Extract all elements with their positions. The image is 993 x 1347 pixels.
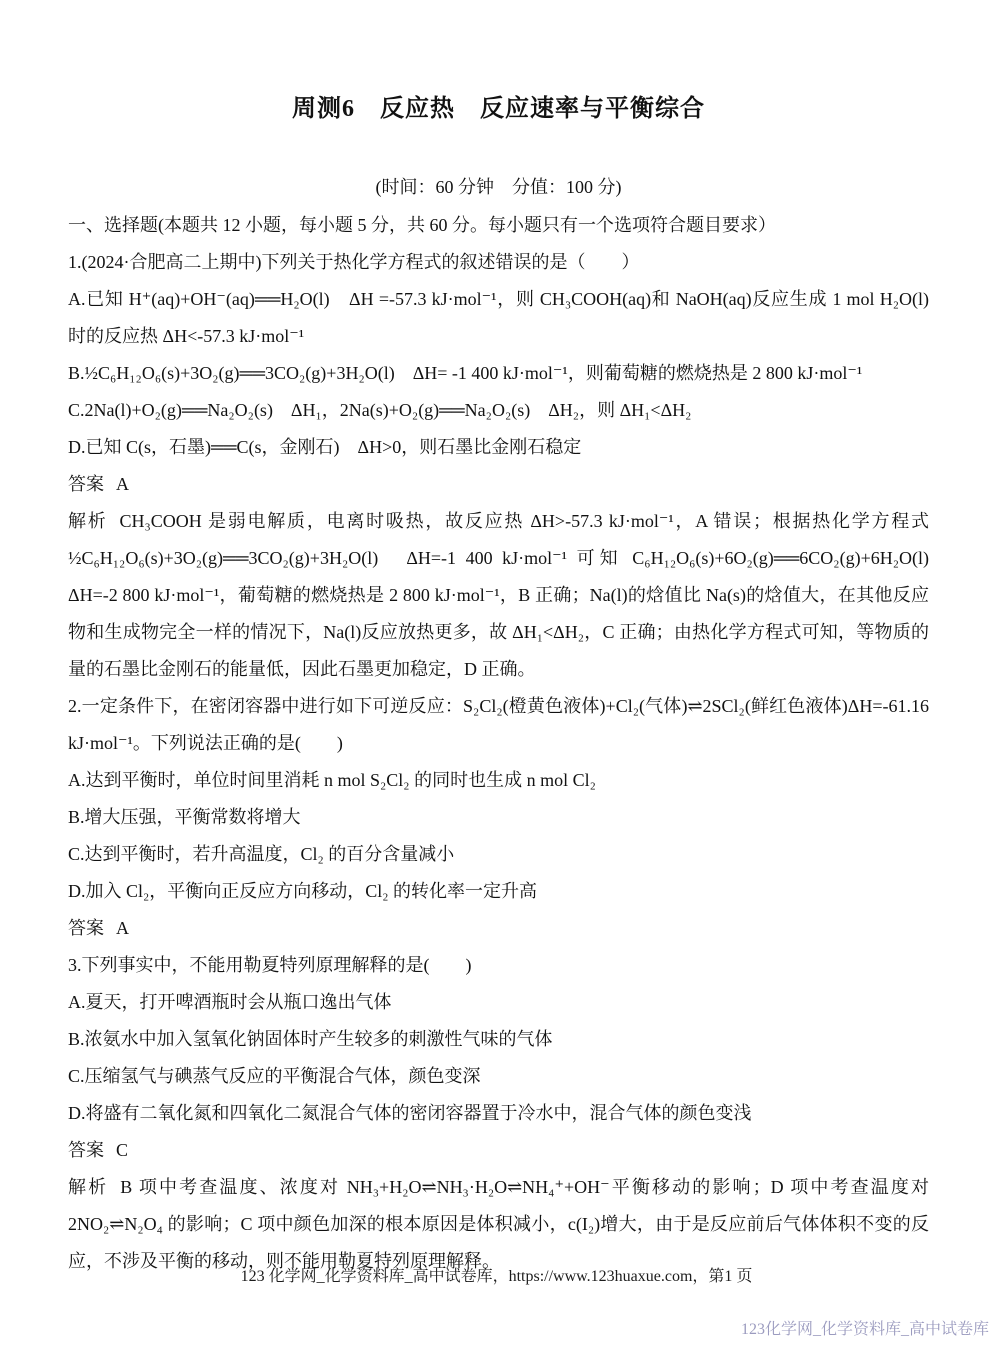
question-2-option-c: C.达到平衡时，若升高温度，Cl₂ 的百分含量减小 <box>68 836 929 873</box>
answer-value: A <box>116 474 129 494</box>
solution-text: CH₃COOH 是弱电解质，电离时吸热，故反应热 ΔH>-57.3 kJ·mol… <box>68 511 929 679</box>
question-1-solution-row: 解析CH₃COOH 是弱电解质，电离时吸热，故反应热 ΔH>-57.3 kJ·m… <box>68 503 929 688</box>
question-1-option-b: B.½C₆H₁₂O₆(s)+3O₂(g)══3CO₂(g)+3H₂O(l) ΔH… <box>68 355 929 392</box>
question-1-option-c: C.2Na(l)+O₂(g)══Na₂O₂(s) ΔH₁，2Na(s)+O₂(g… <box>68 392 929 429</box>
question-1-option-a: A.已知 H⁺(aq)+OH⁻(aq)══H₂O(l) ΔH =-57.3 kJ… <box>68 281 929 355</box>
page-footer: 123 化学网_化学资料库_高中试卷库，https://www.123huaxu… <box>0 1266 993 1288</box>
exam-page: 周测6 反应热 反应速率与平衡综合 (时间：60 分钟 分值：100 分) 一、… <box>0 0 993 1347</box>
exam-time-score: (时间：60 分钟 分值：100 分) <box>68 176 929 198</box>
answer-label: 答案 <box>68 1140 104 1160</box>
answer-value: C <box>116 1140 128 1160</box>
solution-label: 解析 <box>68 1177 108 1197</box>
question-1: 1.(2024·合肥高二上期中)下列关于热化学方程式的叙述错误的是（ ） A.已… <box>68 244 929 688</box>
exam-body: 一、选择题(本题共 12 小题，每小题 5 分，共 60 分。每小题只有一个选项… <box>68 207 929 1280</box>
question-3-option-b: B.浓氨水中加入氢氧化钠固体时产生较多的刺激性气味的气体 <box>68 1021 929 1058</box>
question-2-option-d: D.加入 Cl₂，平衡向正反应方向移动，Cl₂ 的转化率一定升高 <box>68 873 929 910</box>
section-heading: 一、选择题(本题共 12 小题，每小题 5 分，共 60 分。每小题只有一个选项… <box>68 207 929 244</box>
answer-label: 答案 <box>68 474 104 494</box>
page-content: 周测6 反应热 反应速率与平衡综合 (时间：60 分钟 分值：100 分) 一、… <box>0 0 993 1280</box>
question-1-stem: 1.(2024·合肥高二上期中)下列关于热化学方程式的叙述错误的是（ ） <box>68 244 929 281</box>
question-3-solution-row: 解析B 项中考查温度、浓度对 NH₃+H₂O⇌NH₃·H₂O⇌NH₄⁺+OH⁻平… <box>68 1169 929 1280</box>
question-3-stem: 3.下列事实中，不能用勒夏特列原理解释的是( ) <box>68 947 929 984</box>
solution-label: 解析 <box>68 511 108 531</box>
question-1-option-d: D.已知 C(s，石墨)══C(s，金刚石) ΔH>0，则石墨比金刚石稳定 <box>68 429 929 466</box>
page-title: 周测6 反应热 反应速率与平衡综合 <box>68 0 929 126</box>
question-2: 2.一定条件下，在密闭容器中进行如下可逆反应：S₂Cl₂(橙黄色液体)+Cl₂(… <box>68 688 929 947</box>
question-2-stem: 2.一定条件下，在密闭容器中进行如下可逆反应：S₂Cl₂(橙黄色液体)+Cl₂(… <box>68 688 929 762</box>
question-2-answer-row: 答案A <box>68 910 929 947</box>
answer-label: 答案 <box>68 918 104 938</box>
question-3-option-c: C.压缩氢气与碘蒸气反应的平衡混合气体，颜色变深 <box>68 1058 929 1095</box>
answer-value: A <box>116 918 129 938</box>
question-3-option-d: D.将盛有二氧化氮和四氧化二氮混合气体的密闭容器置于冷水中，混合气体的颜色变浅 <box>68 1095 929 1132</box>
site-watermark: 123化学网_化学资料库_高中试卷库 <box>741 1320 989 1340</box>
question-2-option-a: A.达到平衡时，单位时间里消耗 n mol S₂Cl₂ 的同时也生成 n mol… <box>68 762 929 799</box>
question-3-answer-row: 答案C <box>68 1132 929 1169</box>
question-3: 3.下列事实中，不能用勒夏特列原理解释的是( ) A.夏天，打开啤酒瓶时会从瓶口… <box>68 947 929 1280</box>
solution-text: B 项中考查温度、浓度对 NH₃+H₂O⇌NH₃·H₂O⇌NH₄⁺+OH⁻平衡移… <box>68 1177 929 1271</box>
question-1-answer-row: 答案A <box>68 466 929 503</box>
question-2-option-b: B.增大压强，平衡常数将增大 <box>68 799 929 836</box>
question-3-option-a: A.夏天，打开啤酒瓶时会从瓶口逸出气体 <box>68 984 929 1021</box>
